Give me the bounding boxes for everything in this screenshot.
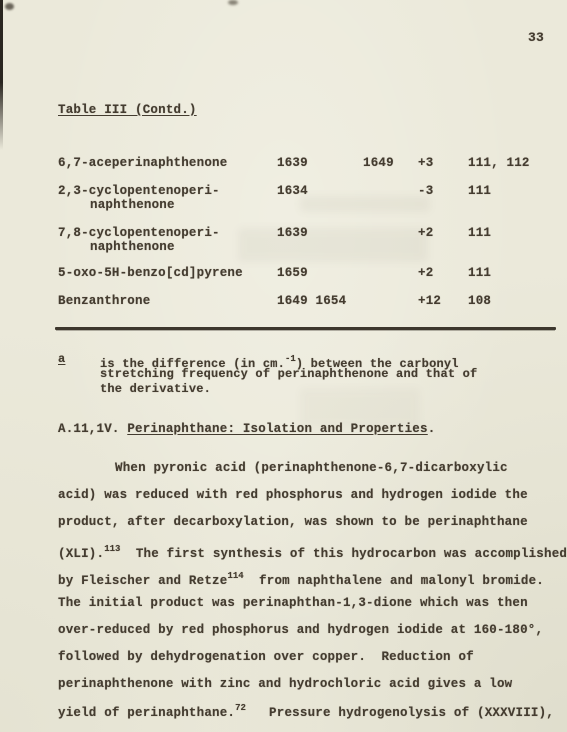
reference-numbers: 108 — [468, 294, 491, 309]
reference-numbers: 111, 112 — [468, 156, 530, 171]
paragraph-line: (XLI).113 The first synthesis of this hy… — [58, 542, 567, 562]
paragraph-line: followed by dehydrogenation over copper.… — [58, 650, 474, 665]
paragraph-line: The initial product was perinaphthan-1,3… — [58, 596, 528, 611]
footnote-marker: a — [58, 352, 65, 367]
compound-name: 5-oxo-5H-benzo[cd]pyrene — [58, 266, 243, 281]
delta-value: +2 — [418, 266, 433, 281]
reference-numbers: 111 — [468, 184, 491, 199]
paragraph-line: over-reduced by red phosphorus and hydro… — [58, 623, 543, 638]
superscript-exponent: -1 — [285, 354, 296, 364]
compound-name: 6,7-aceperinaphthenone — [58, 156, 227, 171]
scan-speck — [5, 3, 14, 10]
compound-name-wrap: naphthenone — [90, 240, 175, 255]
delta-value: -3 — [418, 184, 433, 199]
compound-name: 7,8-cyclopentenoperi- — [58, 226, 220, 241]
scan-speck — [228, 0, 238, 5]
frequency-1: 1659 — [277, 266, 308, 281]
frequency-1: 1639 — [277, 156, 308, 171]
frequency-2: 1649 — [363, 156, 394, 171]
paragraph-line: When pyronic acid (perinaphthenone-6,7-d… — [115, 461, 508, 476]
delta-value: +3 — [418, 156, 433, 171]
page-number: 33 — [528, 30, 544, 45]
delta-value: +2 — [418, 226, 433, 241]
compound-name: 2,3-cyclopentenoperi- — [58, 184, 220, 199]
paragraph-line: product, after decarboxylation, was show… — [58, 515, 528, 530]
frequency-1: 1649 1654 — [277, 294, 346, 309]
section-heading: A.11,1V. Perinaphthane: Isolation and Pr… — [58, 422, 435, 437]
compound-name: Benzanthrone — [58, 294, 150, 309]
frequency-1: 1639 — [277, 226, 308, 241]
footnote-line-2: stretching frequency of perinaphthenone … — [100, 367, 477, 382]
paragraph-line: by Fleischer and Retze114 from naphthale… — [58, 569, 544, 589]
reference-numbers: 111 — [468, 266, 491, 281]
compound-name-wrap: naphthenone — [90, 198, 175, 213]
reference-superscript: 113 — [104, 544, 120, 554]
footnote-line-3: the derivative. — [100, 382, 211, 397]
ink-showthrough — [238, 228, 428, 262]
frequency-1: 1634 — [277, 184, 308, 199]
ink-showthrough — [300, 196, 430, 212]
delta-value: +12 — [418, 294, 441, 309]
reference-superscript: 114 — [227, 571, 243, 581]
table-bottom-rule — [55, 327, 556, 330]
reference-superscript: 72 — [235, 703, 246, 713]
paragraph-line: acid) was reduced with red phosphorus an… — [58, 488, 528, 503]
paragraph-line: perinaphthenone with zinc and hydrochlor… — [58, 677, 512, 692]
scan-edge-artifact — [0, 0, 3, 150]
reference-numbers: 111 — [468, 226, 491, 241]
section-title: Perinaphthane: Isolation and Properties — [127, 422, 427, 436]
table-title: Table III (Contd.) — [58, 103, 197, 118]
paragraph-line: yield of perinaphthane.72 Pressure hydro… — [58, 701, 554, 721]
section-number: A.11,1V. — [58, 422, 120, 436]
scanned-document-page: 33 Table III (Contd.) 6,7-aceperinaphthe… — [0, 0, 567, 732]
